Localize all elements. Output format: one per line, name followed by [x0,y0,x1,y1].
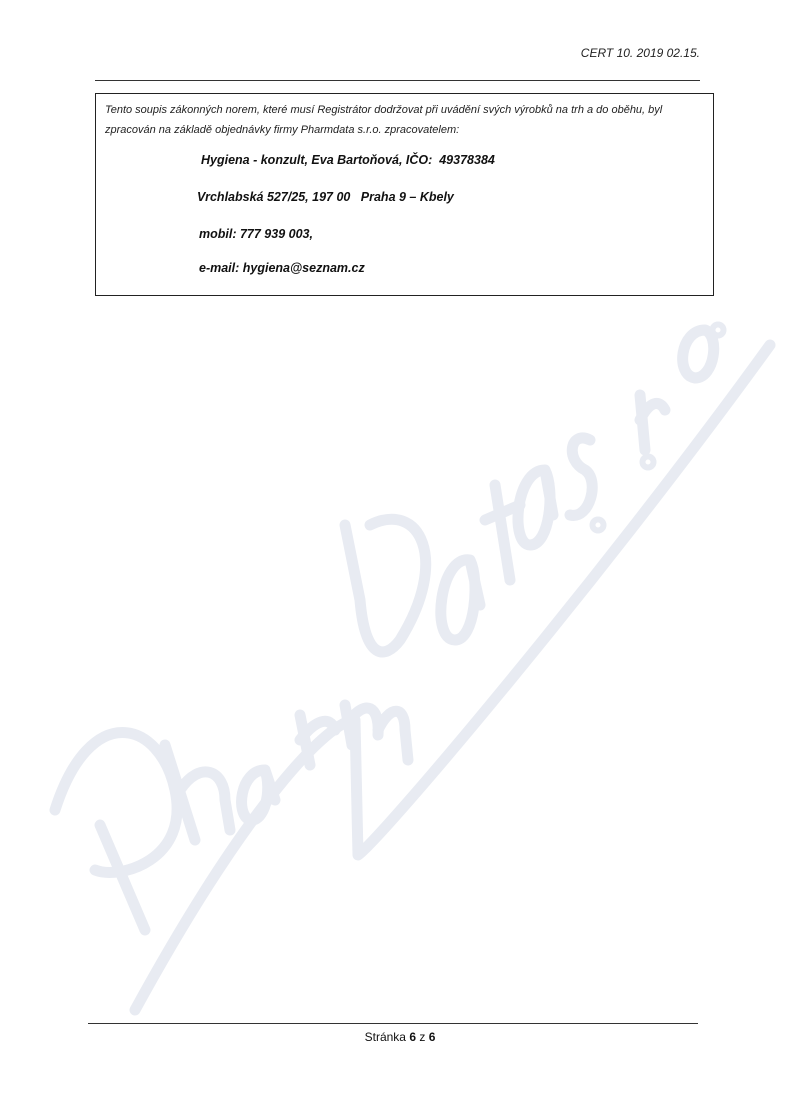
header-divider [95,80,700,81]
footer-divider [88,1023,698,1024]
page-separator: z [419,1030,425,1044]
total-pages: 6 [429,1030,436,1044]
contractor-mobile: mobil: 777 939 003, [199,227,313,241]
intro-paragraph: Tento soupis zákonných norem, které musí… [105,100,705,140]
page-label: Stránka [365,1030,406,1044]
page-number: Stránka 6 z 6 [0,1030,800,1044]
document-code: CERT 10. 2019 02.15. [581,46,700,60]
contractor-email: e-mail: hygiena@seznam.cz [199,261,365,275]
contractor-name: Hygiena - konzult, Eva Bartoňová, IČO: 4… [201,153,495,167]
contractor-info-box: Tento soupis zákonných norem, které musí… [95,93,714,296]
current-page: 6 [409,1030,416,1044]
contractor-address: Vrchlabská 527/25, 197 00 Praha 9 – Kbel… [197,190,454,204]
